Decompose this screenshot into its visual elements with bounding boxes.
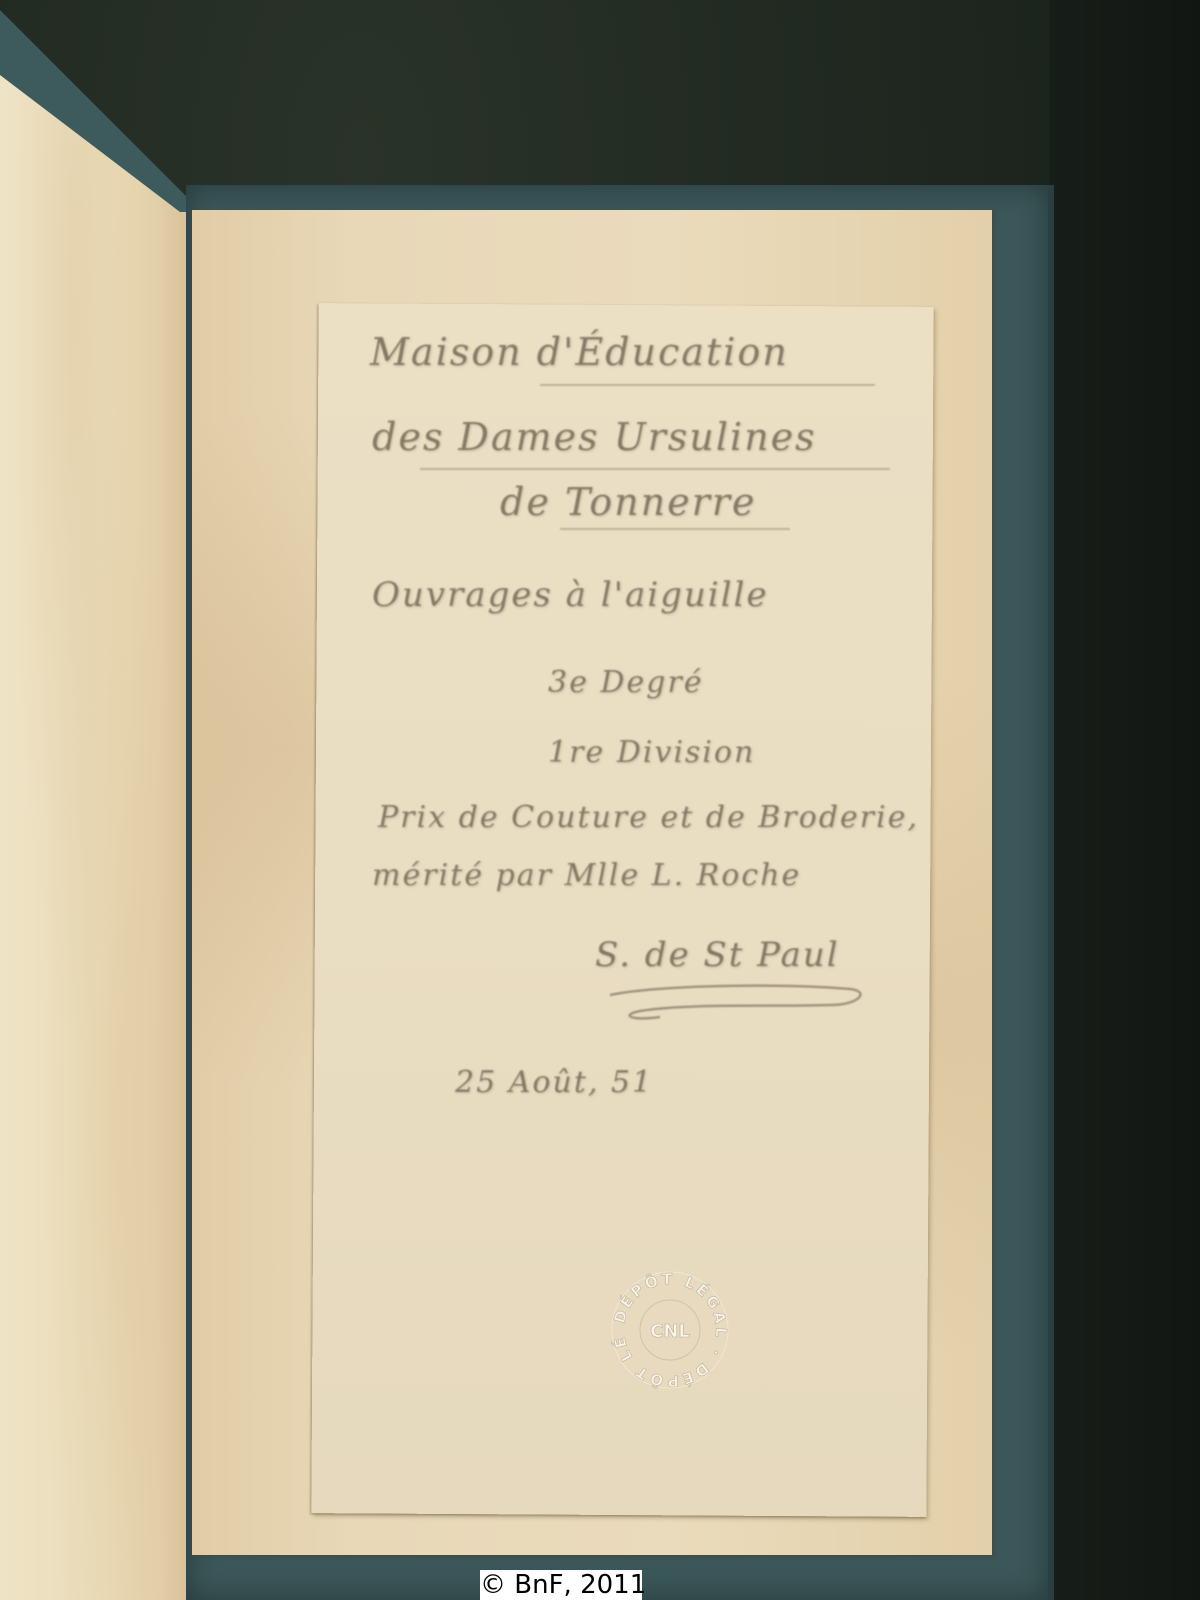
label-line-prize: Prix de Couture et de Broderie,	[378, 800, 919, 835]
underline	[560, 528, 790, 530]
label-line-category: Ouvrages à l'aiguille	[372, 575, 769, 615]
stamp-center-text: CNL	[650, 1321, 690, 1342]
signature-flourish-icon	[600, 975, 880, 1025]
embossed-deposit-stamp: DÉPÔT LÉGAL · DÉPÔT LÉGAL CNL	[605, 1265, 735, 1395]
label-line-town: de Tonnerre	[500, 480, 756, 524]
stamp-seal-icon: DÉPÔT LÉGAL · DÉPÔT LÉGAL CNL	[605, 1265, 735, 1395]
label-line-date: 25 Août, 51	[455, 1065, 653, 1100]
background-shadow	[1050, 0, 1200, 1600]
label-line-recipient: mérité par Mlle L. Roche	[372, 858, 801, 893]
underline	[420, 468, 890, 470]
underline	[540, 384, 875, 386]
copyright-notice: © BnF, 2011	[480, 1570, 642, 1600]
label-line-order: des Dames Ursulines	[372, 415, 817, 459]
label-line-institution: Maison d'Éducation	[370, 330, 789, 374]
flyleaf-page	[0, 0, 186, 1600]
label-line-division: 1re Division	[548, 735, 755, 770]
label-signature: S. de St Paul	[595, 935, 840, 975]
label-line-degree: 3e Degré	[548, 665, 703, 700]
